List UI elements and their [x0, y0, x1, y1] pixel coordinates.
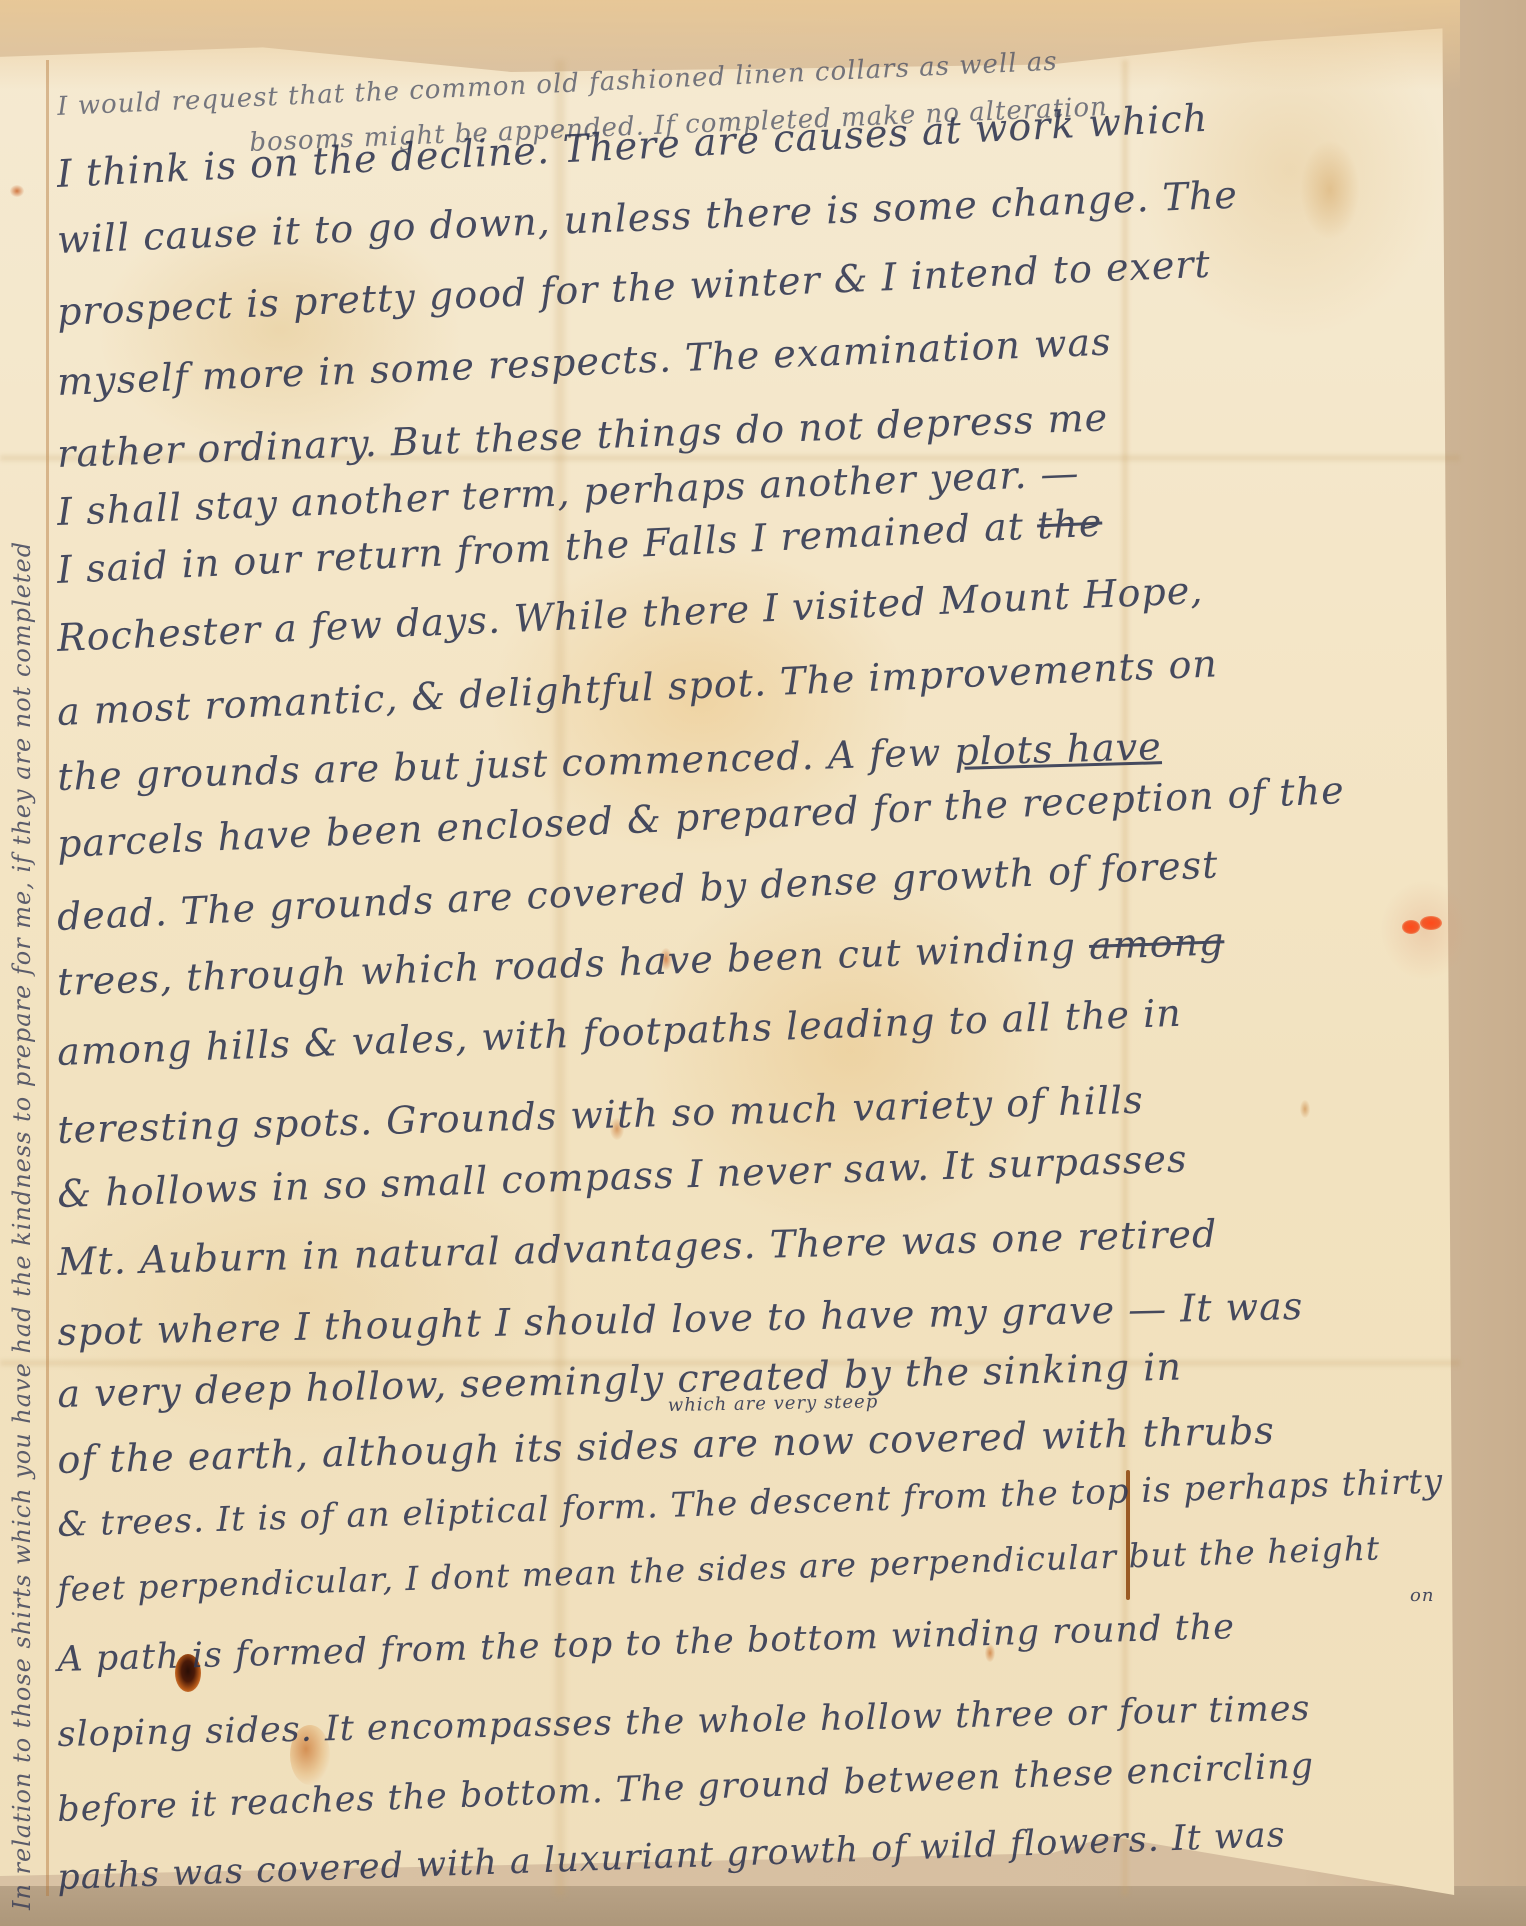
letter-line: among hills & vales, with footpaths lead… — [56, 991, 1182, 1074]
letter-line: trees, through which roads have been cut… — [56, 919, 1225, 1004]
letter-line: myself more in some respects. The examin… — [56, 320, 1112, 404]
struck-word: the — [1036, 501, 1103, 548]
letter-line: feet perpendicular, I dont mean the side… — [57, 1528, 1381, 1609]
interlinear-insertion: on — [1410, 1585, 1434, 1606]
letter-line: paths was covered with a luxuriant growt… — [57, 1815, 1287, 1898]
letter-line: a very deep hollow, seemingly created by… — [57, 1345, 1182, 1416]
letter-line: a most romantic, & delightful spot. The … — [56, 641, 1218, 734]
letter-line: & hollows in so small compass I never sa… — [57, 1137, 1188, 1216]
letter-line: sloping sides. It encompasses the whole … — [57, 1689, 1311, 1755]
letter-line: teresting spots. Grounds with so much va… — [57, 1078, 1144, 1152]
letter-line: of the earth, although its sides are now… — [57, 1408, 1275, 1482]
letter-line: spot where I thought I should love to ha… — [57, 1284, 1304, 1354]
struck-word: plots have — [954, 724, 1162, 774]
letter-line: prospect is pretty good for the winter &… — [56, 242, 1211, 334]
letter-line: A path is formed from the top to the bot… — [57, 1607, 1236, 1680]
letter-body: I would request that the common old fash… — [0, 0, 1460, 1900]
letter-line: Mt. Auburn in natural advantages. There … — [57, 1212, 1218, 1284]
struck-word: among — [1088, 919, 1225, 968]
letter-line: before it reaches the bottom. The ground… — [57, 1746, 1315, 1830]
interlinear-insertion: which are very steep — [668, 1391, 879, 1416]
